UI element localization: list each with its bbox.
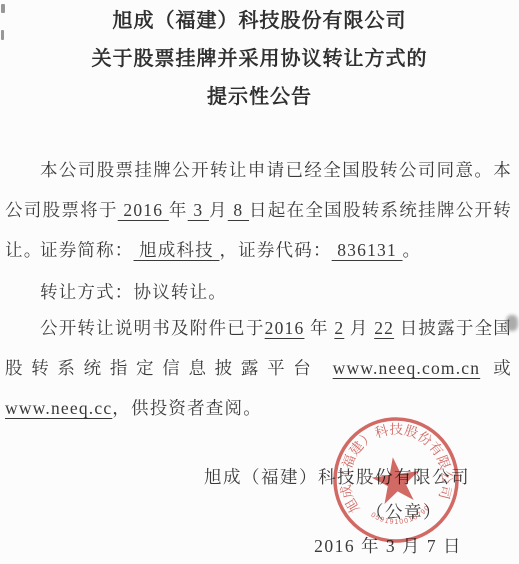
- title-line-type: 提示性公告: [0, 78, 519, 116]
- text-run: 年: [304, 318, 334, 338]
- underlined-value: 22: [374, 318, 394, 338]
- underlined-value: 2016: [118, 200, 169, 220]
- text-run: 转让方式：协议转让。: [40, 282, 227, 302]
- text-run: 或: [480, 358, 512, 378]
- paragraph-disclosure: 公开转让说明书及附件已于2016 年 2 月 22 日披露于全国股转系统指定信息…: [5, 308, 512, 428]
- underlined-value: 836131: [332, 240, 403, 260]
- paragraph-security-info: 证券简称： 旭成科技 ，证券代码： 836131 。: [5, 230, 512, 270]
- underlined-value: www.neeq.com.cn: [333, 358, 481, 378]
- signature-company: 旭成（福建）科技股份有限公司: [204, 464, 470, 489]
- underlined-value: 8: [228, 200, 249, 220]
- document-title: 旭成（福建）科技股份有限公司 关于股票挂牌并采用协议转让方式的 提示性公告: [0, 2, 519, 116]
- underlined-value: 2: [334, 318, 344, 338]
- text-run: 月: [209, 200, 228, 220]
- text-run: 月: [344, 318, 374, 338]
- underlined-value: www.neeq.cc: [5, 398, 112, 418]
- title-line-company: 旭成（福建）科技股份有限公司: [0, 2, 519, 40]
- signature-date: 2016 年 3 月 7 日: [314, 533, 462, 558]
- signature-seal-note: （公章）: [366, 499, 442, 524]
- title-line-subject: 关于股票挂牌并采用协议转让方式的: [0, 40, 519, 78]
- underlined-value: 3: [188, 200, 209, 220]
- underlined-value: 旭成科技: [134, 240, 220, 260]
- text-run: 证券简称：: [40, 240, 134, 260]
- underlined-value: 2016: [265, 318, 305, 338]
- announcement-document: 旭成（福建）科技股份有限公司 关于股票挂牌并采用协议转让方式的 提示性公告 本公…: [0, 0, 519, 564]
- text-run: 年: [169, 200, 188, 220]
- text-run: ，供投资者查阅。: [112, 398, 262, 418]
- text-run: 。: [403, 240, 422, 260]
- text-run: ，证券代码：: [219, 240, 331, 260]
- paragraph-transfer-method: 转让方式：协议转让。: [5, 272, 512, 312]
- text-run: 公开转让说明书及附件已于: [40, 318, 265, 338]
- scan-artifact: [506, 315, 518, 331]
